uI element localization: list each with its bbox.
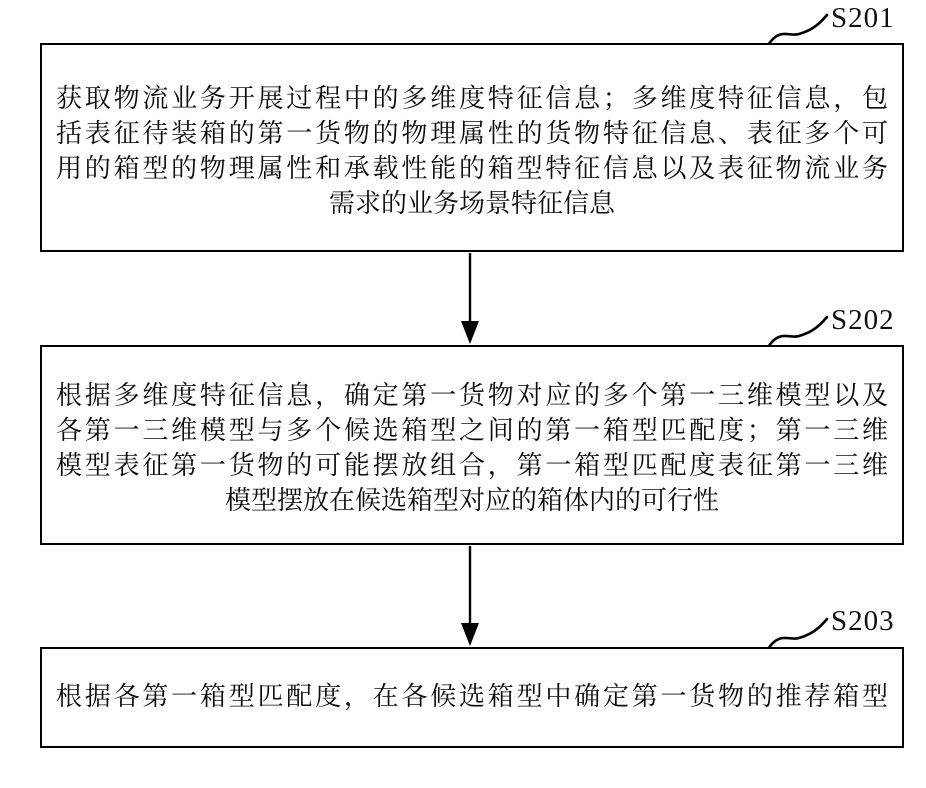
flow-arrow-1-head-icon (461, 321, 479, 344)
flow-step-text-line: 获取物流业务开展过程中的多维度特征信息；多维度特征信息，包 (56, 81, 888, 116)
flow-step-text-line: 模型摆放在候选箱型对应的箱体内的可行性 (56, 483, 888, 518)
flow-arrow-2-head-icon (461, 623, 479, 646)
flow-step-text-line: 需求的业务场景特征信息 (56, 186, 888, 221)
step-label-s201: S201 (831, 3, 921, 33)
step-leader-squiggle-s203 (768, 619, 827, 649)
flow-step-box-s201: 获取物流业务开展过程中的多维度特征信息；多维度特征信息，包 括表征待装箱的第一货… (40, 43, 904, 252)
step-leader-squiggle-s201 (768, 15, 827, 45)
step-label-s203: S203 (831, 606, 921, 636)
flow-step-box-s203: 根据各第一箱型匹配度，在各候选箱型中确定第一货物的推荐箱型 (40, 647, 904, 748)
flow-step-text-line: 括表征待装箱的第一货物的物理属性的货物特征信息、表征多个可 (56, 116, 888, 151)
flow-step-text-line: 根据多维度特征信息，确定第一货物对应的多个第一三维模型以及 (56, 378, 888, 413)
flow-step-box-s202: 根据多维度特征信息，确定第一货物对应的多个第一三维模型以及 各第一三维模型与多个… (40, 345, 904, 545)
flow-step-text-line: 根据各第一箱型匹配度，在各候选箱型中确定第一货物的推荐箱型 (56, 679, 888, 714)
flow-step-text-line: 用的箱型的物理属性和承载性能的箱型特征信息以及表征物流业务 (56, 151, 888, 186)
patent-flowchart-figure: S201 S202 S203 获取物流业务开展过程中的多维度特征信息；多维度特征… (0, 0, 926, 788)
step-leader-squiggle-s202 (768, 317, 827, 347)
step-label-s202: S202 (831, 305, 921, 335)
flow-step-text-line: 各第一三维模型与多个候选箱型之间的第一箱型匹配度；第一三维 (56, 413, 888, 448)
flow-step-text-line: 模型表征第一货物的可能摆放组合，第一箱型匹配度表征第一三维 (56, 448, 888, 483)
